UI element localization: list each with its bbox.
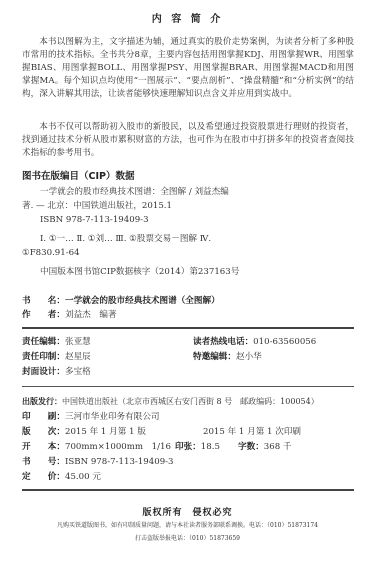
words-row: 字数：368 千 — [238, 440, 292, 454]
cover-design-row: 封面设计：多宝格 — [22, 365, 91, 379]
editor-row: 责任编辑：张亚慧 — [22, 335, 91, 349]
edition-value: 2015 年 1 月第 1 版 — [65, 427, 146, 437]
print-manager-value: 赵星辰 — [65, 352, 91, 362]
guest-editor-label: 特邀编辑： — [193, 350, 236, 364]
cip-line-5: ①F830.91-64 — [22, 247, 80, 260]
format-row: 开 本：700mm×1000mm 1/16 — [22, 440, 171, 454]
book-author-label: 作 者： — [22, 308, 65, 322]
cip-line-3: ISBN 978-7-113-19409-3 — [40, 214, 149, 227]
printer-row: 印 刷：三河市华业印务有限公司 — [22, 410, 160, 424]
summary-paragraph-1: 本书以图解为主，文字描述为辅，通过真实的股价走势案例，为读者分析了多种股市常用的… — [22, 36, 354, 101]
words-label: 字数： — [238, 440, 264, 454]
copyright-title: 版权所有 侵权必究 — [0, 505, 375, 518]
cover-design-label: 封面设计： — [22, 365, 65, 379]
isbn-value: ISBN 978-7-113-19409-3 — [65, 457, 174, 467]
print-manager-label: 责任印制： — [22, 350, 65, 364]
publisher-value: 中国铁道出版社（北京市西城区右安门西街 8 号 邮政编码：100054） — [62, 397, 319, 406]
sheets-label: 印张： — [175, 440, 201, 454]
print-manager-row: 责任印制：赵星辰 — [22, 350, 91, 364]
publisher-label: 出版发行： — [22, 395, 62, 409]
book-author-value: 刘益杰 编著 — [65, 310, 117, 320]
printer-value: 三河市华业印务有限公司 — [65, 412, 160, 422]
sheets-row: 印张：18.5 — [175, 440, 220, 454]
isbn-label: 书 号： — [22, 455, 65, 469]
book-title-value: 一学就会的股市经典技术图谱（全图解） — [65, 294, 220, 308]
copyright-notice: 凡购买铁道版图书，如有印制质量问题，请与本社读者服务部联系调换。电话：（010）… — [0, 520, 375, 529]
sheets-value: 18.5 — [201, 442, 220, 452]
summary-paragraph-2: 本书不仅可以帮助初入股市的新股民，以及希望通过投资股票进行理财的投资者，找到通过… — [22, 121, 354, 160]
printing-value: 2015 年 1 月第 1 次印刷 — [203, 425, 301, 439]
hotline-row: 读者热线电话：010-63560056 — [193, 335, 316, 349]
words-value: 368 千 — [264, 442, 292, 452]
piracy-hotline: 打击盗版举报电话：（010）51873659 — [0, 533, 375, 542]
cip-line-6: 中国版本图书馆CIP数据核字（2014）第237163号 — [40, 266, 239, 279]
cip-line-4: Ⅰ. ①一… Ⅱ. ①刘… Ⅲ. ①股票交易－图解 Ⅳ. — [40, 233, 211, 246]
cip-heading: 图书在版编目（CIP）数据 — [22, 168, 134, 182]
cover-design-value: 多宝格 — [65, 367, 91, 377]
price-label: 定 价： — [22, 470, 65, 484]
guest-editor-value: 赵小华 — [236, 352, 262, 362]
divider-middle — [22, 386, 354, 387]
editor-value: 张亚慧 — [65, 337, 91, 347]
page-title: 内 容 简 介 — [0, 10, 375, 25]
book-title-label: 书 名： — [22, 294, 65, 308]
format-value: 700mm×1000mm 1/16 — [65, 442, 171, 452]
cip-line-2: 著. — 北京：中国铁道出版社，2015.1 — [22, 200, 172, 213]
cip-line-1: 一学就会的股市经典技术图谱：全图解 / 刘益杰编 — [40, 186, 229, 199]
format-label: 开 本： — [22, 440, 65, 454]
divider-top — [22, 327, 354, 329]
edition-row: 版 次：2015 年 1 月第 1 版 — [22, 425, 146, 439]
guest-editor-row: 特邀编辑：赵小华 — [193, 350, 262, 364]
book-title-row: 书 名：一学就会的股市经典技术图谱（全图解） — [22, 294, 220, 308]
price-row: 定 价：45.00 元 — [22, 470, 101, 484]
isbn-row: 书 号：ISBN 978-7-113-19409-3 — [22, 455, 174, 469]
hotline-value: 010-63560056 — [253, 337, 316, 347]
publisher-row: 出版发行：中国铁道出版社（北京市西城区右安门西街 8 号 邮政编码：100054… — [22, 395, 319, 409]
hotline-label: 读者热线电话： — [193, 335, 253, 349]
edition-label: 版 次： — [22, 425, 65, 439]
divider-bottom — [22, 489, 354, 491]
printer-label: 印 刷： — [22, 410, 65, 424]
editor-label: 责任编辑： — [22, 335, 65, 349]
price-value: 45.00 元 — [65, 472, 101, 482]
book-author-row: 作 者：刘益杰 编著 — [22, 308, 117, 322]
